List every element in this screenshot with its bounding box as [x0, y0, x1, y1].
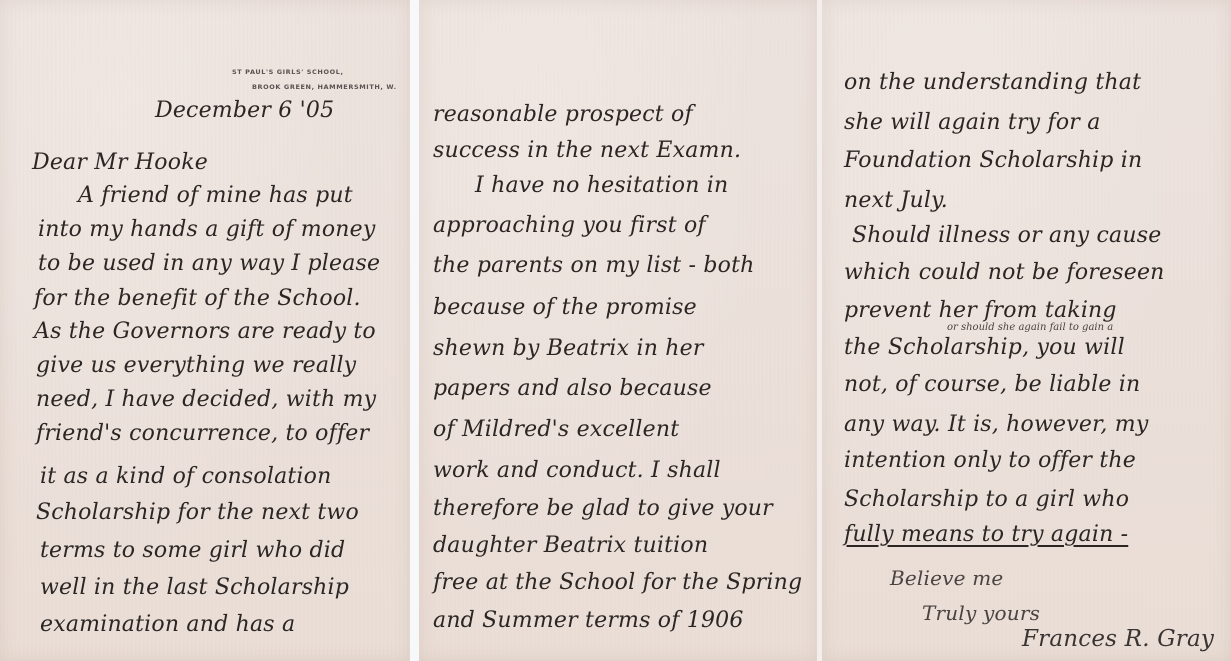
letterhead-address: BROOK GREEN, HAMMERSMITH, W.	[252, 83, 397, 91]
text-line: into my hands a gift of money	[38, 219, 376, 241]
letter-page-3: on the understanding that she will again…	[822, 0, 1231, 661]
text-line: shewn by Beatrix in her	[433, 338, 704, 360]
text-line: intention only to offer the	[844, 450, 1136, 472]
text-line: therefore be glad to give your	[433, 498, 773, 520]
text-line-underlined: fully means to try again -	[844, 524, 1128, 546]
text-line: work and conduct. I shall	[433, 460, 721, 482]
closing-believe-me: Believe me	[890, 568, 1003, 588]
text-line: on the understanding that	[844, 72, 1141, 94]
text-line: for the benefit of the School.	[34, 288, 361, 310]
text-line: examination and has a	[40, 614, 295, 636]
text-line: Scholarship for the next two	[36, 502, 359, 524]
text-line: Scholarship to a girl who	[844, 489, 1129, 511]
text-line: A friend of mine has put	[78, 185, 353, 207]
text-line: free at the School for the Spring	[433, 572, 802, 594]
text-line: daughter Beatrix tuition	[433, 535, 708, 557]
text-line: reasonable prospect of	[433, 104, 693, 126]
text-line: the parents on my list - both	[433, 255, 755, 277]
text-line: I have no hesitation in	[475, 175, 728, 197]
text-line: need, I have decided, with my	[36, 389, 376, 411]
text-line: terms to some girl who did	[40, 540, 345, 562]
text-line: she will again try for a	[844, 112, 1101, 134]
letter-page-2: reasonable prospect of success in the ne…	[419, 0, 817, 661]
letter-date: December 6 '05	[155, 100, 334, 122]
text-line: prevent her from taking	[844, 300, 1117, 322]
text-line: approaching you first of	[433, 215, 706, 237]
letter-page-1: ST PAUL'S GIRLS' SCHOOL, BROOK GREEN, HA…	[0, 0, 410, 661]
interlinear-insertion: or should she again fail to gain a	[947, 322, 1113, 333]
text-line: which could not be foreseen	[844, 262, 1165, 284]
text-line: next July.	[844, 190, 948, 212]
text-line: well in the last Scholarship	[40, 577, 349, 599]
text-line: it as a kind of consolation	[40, 466, 332, 488]
text-line: friend's concurrence, to offer	[36, 423, 369, 445]
letterhead-school-name: ST PAUL'S GIRLS' SCHOOL,	[232, 68, 344, 76]
text-line: any way. It is, however, my	[844, 414, 1148, 436]
text-line: Foundation Scholarship in	[844, 150, 1142, 172]
text-line: Should illness or any cause	[852, 225, 1161, 247]
text-line: As the Governors are ready to	[34, 321, 376, 343]
text-line: and Summer terms of 1906	[433, 610, 744, 632]
text-line: the Scholarship, you will	[844, 337, 1125, 359]
text-line: to be used in any way I please	[38, 253, 380, 275]
closing-truly-yours: Truly yours	[922, 603, 1040, 623]
text-line: of Mildred's excellent	[433, 419, 679, 441]
text-line: give us everything we really	[36, 355, 356, 377]
salutation: Dear Mr Hooke	[32, 152, 208, 174]
text-line: success in the next Examn.	[433, 140, 741, 162]
text-line: not, of course, be liable in	[844, 374, 1140, 396]
text-line: papers and also because	[433, 378, 712, 400]
signature: Frances R. Gray	[1022, 628, 1214, 651]
page-divider	[410, 0, 419, 661]
text-line: because of the promise	[433, 297, 697, 319]
